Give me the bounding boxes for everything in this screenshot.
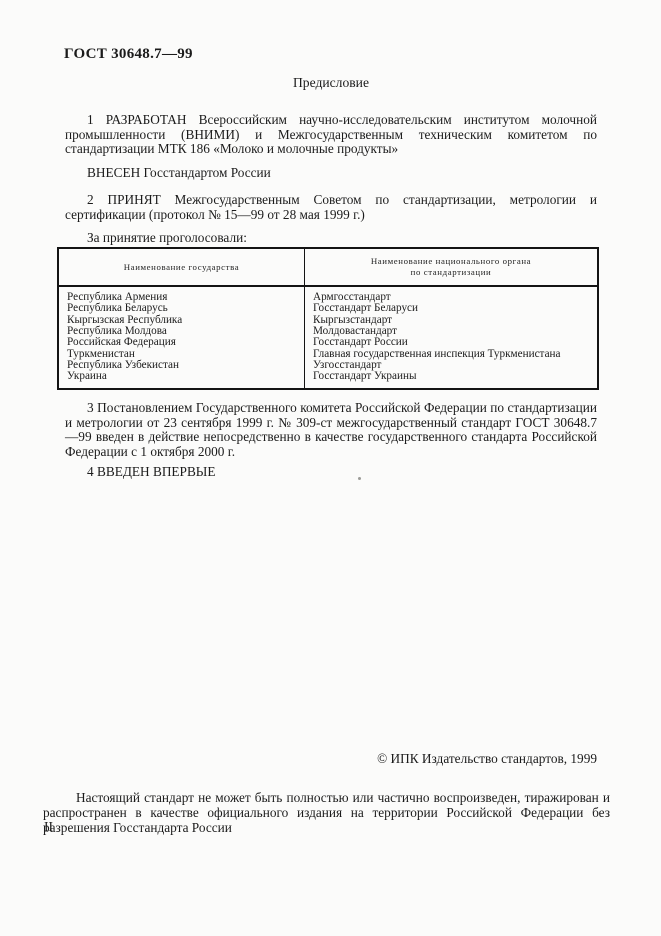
table-row: Украина Госстандарт Украины xyxy=(58,371,598,388)
vote-intro: За принятие проголосовали: xyxy=(65,231,597,246)
paragraph-submitted: ВНЕСЕН Госстандартом России xyxy=(65,166,597,181)
scan-speck-artifact xyxy=(358,477,361,480)
body-cell: Госстандарт Беларуси xyxy=(305,303,599,314)
table-row: Республика Армения Армгосстандарт xyxy=(58,286,598,303)
body-cell: Госстандарт Украины xyxy=(305,371,599,388)
vote-table-body: Республика Армения Армгосстандарт Респуб… xyxy=(58,286,598,389)
column-header-state: Наименование государства xyxy=(58,248,305,286)
vote-table: Наименование государства Наименование на… xyxy=(57,247,599,390)
reproduction-notice: Настоящий стандарт не может быть полност… xyxy=(43,791,610,836)
table-row: Республика Беларусь Госстандарт Беларуси xyxy=(58,303,598,314)
state-cell: Республика Беларусь xyxy=(58,303,305,314)
paragraph-developed: 1 РАЗРАБОТАН Всероссийским научно-исслед… xyxy=(65,113,597,157)
table-header-row: Наименование государства Наименование на… xyxy=(58,248,598,286)
paragraph-first-introduced: 4 ВВЕДЕН ВПЕРВЫЕ xyxy=(65,465,597,480)
paragraph-adopted: 2 ПРИНЯТ Межгосударственным Советом по с… xyxy=(65,193,597,222)
doc-code: ГОСТ 30648.7—99 xyxy=(64,46,193,63)
body-cell: Армгосстандарт xyxy=(305,286,599,303)
page-title: Предисловие xyxy=(65,75,597,91)
copyright-line: © ИПК Издательство стандартов, 1999 xyxy=(65,751,597,767)
page-number: II xyxy=(44,819,53,835)
vote-table-container: Наименование государства Наименование на… xyxy=(57,247,599,390)
state-cell: Республика Армения xyxy=(58,286,305,303)
document-page: ГОСТ 30648.7—99 Предисловие 1 РАЗРАБОТАН… xyxy=(0,0,661,936)
column-header-body: Наименование национального органа по ста… xyxy=(305,248,599,286)
state-cell: Украина xyxy=(58,371,305,388)
paragraph-enacted: 3 Постановлением Государственного комите… xyxy=(65,401,597,459)
vote-table-header: Наименование государства Наименование на… xyxy=(58,248,598,286)
